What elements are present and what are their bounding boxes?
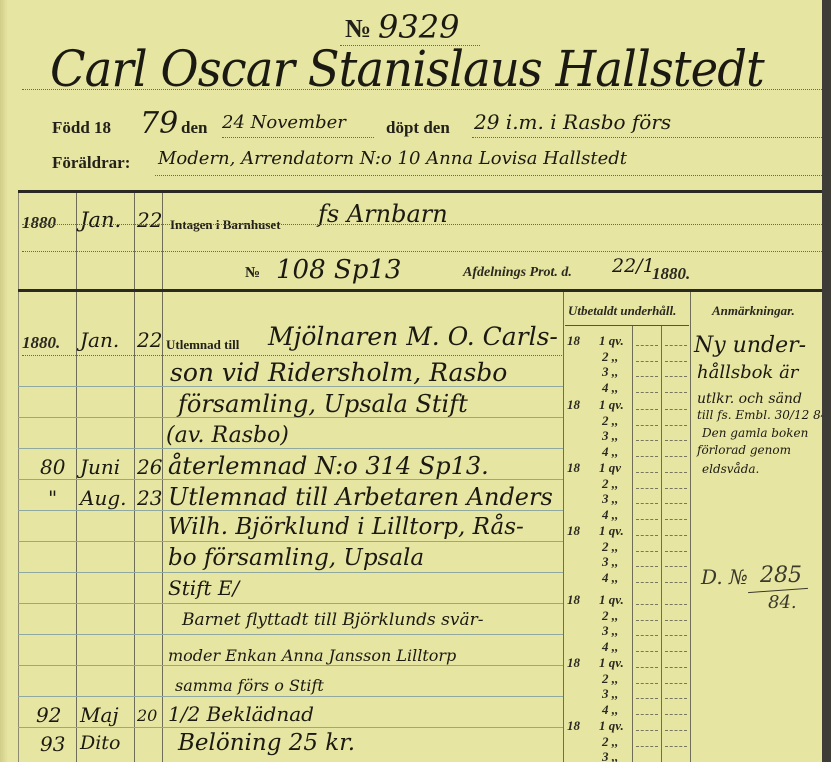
quarter-label: 2 ,,	[602, 608, 618, 624]
entry-month: Aug.	[80, 486, 126, 510]
intake-no-label: №	[245, 265, 260, 282]
remark-ref-num: 285	[760, 563, 802, 588]
remark-line: till fs. Embl. 30/12 84.	[697, 408, 822, 422]
entry-text: Barnet flyttadt till Björklunds svär-	[182, 610, 484, 630]
quarter-label: 1 qv.	[599, 592, 624, 608]
quarter-label: 2 ,,	[602, 476, 618, 492]
entry-month: Juni	[80, 455, 120, 479]
quarter-label: 4 ,,	[602, 444, 618, 460]
entry-day: 20	[137, 706, 157, 725]
entry-month: Jan.	[80, 328, 119, 352]
entry-text: son vid Ridersholm, Rasbo	[170, 358, 507, 387]
quarter-label: 1 qv	[599, 460, 621, 476]
remark-line: hållsbok är	[697, 362, 798, 383]
quarter-label: 1 qv.	[599, 655, 624, 671]
entry-text: Wilh. Björklund i Lilltorp, Rås-	[168, 514, 524, 540]
afdelnings-date: 22/1	[612, 255, 655, 277]
intake-day: 22	[137, 208, 162, 232]
entry-year: 93	[40, 732, 65, 756]
parents-value: Modern, Arrendatorn N:o 10 Anna Lovisa H…	[158, 148, 627, 169]
quarter-label: 1 qv.	[599, 523, 624, 539]
den-label: den	[181, 118, 207, 138]
quarter-label: 4 ,,	[602, 507, 618, 523]
intake-no-value: 108 Sp13	[276, 255, 401, 285]
entry-text: Belöning 25 kr.	[178, 730, 355, 756]
intake-label: Intagen i Barnhuset	[170, 217, 281, 233]
remark-ref-prefix: D. №	[701, 565, 748, 589]
quarter-label: 4 ,,	[602, 380, 618, 396]
entry-day: 26	[137, 455, 162, 479]
remark-line: Den gamla boken	[702, 426, 808, 440]
entry-year: 92	[36, 703, 61, 727]
born-year: 79	[140, 106, 178, 141]
col-header-remarks: Anmärkningar.	[712, 303, 795, 319]
quarter-label: 1 qv.	[599, 397, 624, 413]
ledger-page: № 9329 Carl Oscar Stanislaus Hallstedt F…	[0, 0, 822, 762]
entry-year: 1880.	[22, 333, 60, 353]
entry-month: Maj	[80, 703, 119, 727]
quarter-label: 3 ,,	[602, 364, 618, 380]
remark-line: Ny under-	[694, 333, 806, 358]
col-header-paid: Utbetaldt underhåll.	[568, 303, 676, 319]
quarter-label: 4 ,,	[602, 570, 618, 586]
entry-text: församling, Upsala Stift	[178, 390, 468, 418]
quarter-label: 3 ,,	[602, 686, 618, 702]
paid-year: 18	[567, 333, 580, 349]
entry-text: 1/2 Beklädnad	[168, 702, 314, 726]
entry-print: Utlemnad till	[166, 337, 239, 353]
entry-text: (av. Rasbo)	[166, 423, 289, 448]
remark-line: förlorad genom	[697, 443, 791, 457]
entry-month: Dito	[80, 732, 120, 754]
quarter-label: 3 ,,	[602, 428, 618, 444]
quarter-label: 4 ,,	[602, 639, 618, 655]
page-edge	[822, 0, 831, 762]
entry-text: återlemnad N:o 314 Sp13.	[168, 452, 489, 480]
entry-text: moder Enkan Anna Jansson Lilltorp	[168, 646, 456, 665]
entry-text: Stift E/	[168, 576, 239, 600]
paid-year: 18	[567, 523, 580, 539]
quarter-label: 2 ,,	[602, 671, 618, 687]
entry-text: Utlemnad till Arbetaren Anders	[168, 483, 553, 511]
born-day: 24 November	[222, 112, 346, 133]
quarter-label: 2 ,,	[602, 734, 618, 750]
quarter-label: 2 ,,	[602, 413, 618, 429]
remark-line: eldsvåda.	[702, 462, 759, 476]
entry-text: Mjölnaren M. O. Carls-	[268, 322, 558, 351]
quarter-label: 1 qv.	[599, 333, 624, 349]
quarter-label: 2 ,,	[602, 349, 618, 365]
quarter-label: 3 ,,	[602, 623, 618, 639]
baptized-label: döpt den	[386, 118, 450, 138]
entry-day: 23	[137, 486, 162, 510]
paid-year: 18	[567, 718, 580, 734]
afdelnings-year: 1880.	[652, 264, 690, 284]
quarter-label: 3 ,,	[602, 491, 618, 507]
parents-label: Föräldrar:	[52, 153, 130, 173]
paid-year: 18	[567, 655, 580, 671]
entry-year: 80	[40, 455, 65, 479]
afdelnings-label: Afdelnings Prot. d.	[463, 265, 572, 281]
remark-ref-den: 84.	[768, 592, 797, 613]
paid-year: 18	[567, 460, 580, 476]
entry-day: 22	[137, 328, 162, 352]
quarter-label: 3 ,,	[602, 749, 618, 762]
paid-year: 18	[567, 592, 580, 608]
intake-month: Jan.	[80, 208, 121, 232]
baptized-value: 29 i.m. i Rasbo förs	[474, 110, 671, 134]
quarter-label: 1 qv.	[599, 718, 624, 734]
paid-year: 18	[567, 397, 580, 413]
quarter-label: 2 ,,	[602, 539, 618, 555]
remark-line: utlkr. och sänd	[697, 391, 802, 407]
entry-text: samma förs o Stift	[175, 676, 324, 695]
quarter-label: 4 ,,	[602, 702, 618, 718]
entry-year: "	[48, 486, 57, 510]
quarter-label: 3 ,,	[602, 554, 618, 570]
born-label: Född 18	[52, 118, 111, 138]
intake-year: 1880	[22, 213, 56, 233]
entry-text: bo församling, Upsala	[168, 545, 424, 571]
